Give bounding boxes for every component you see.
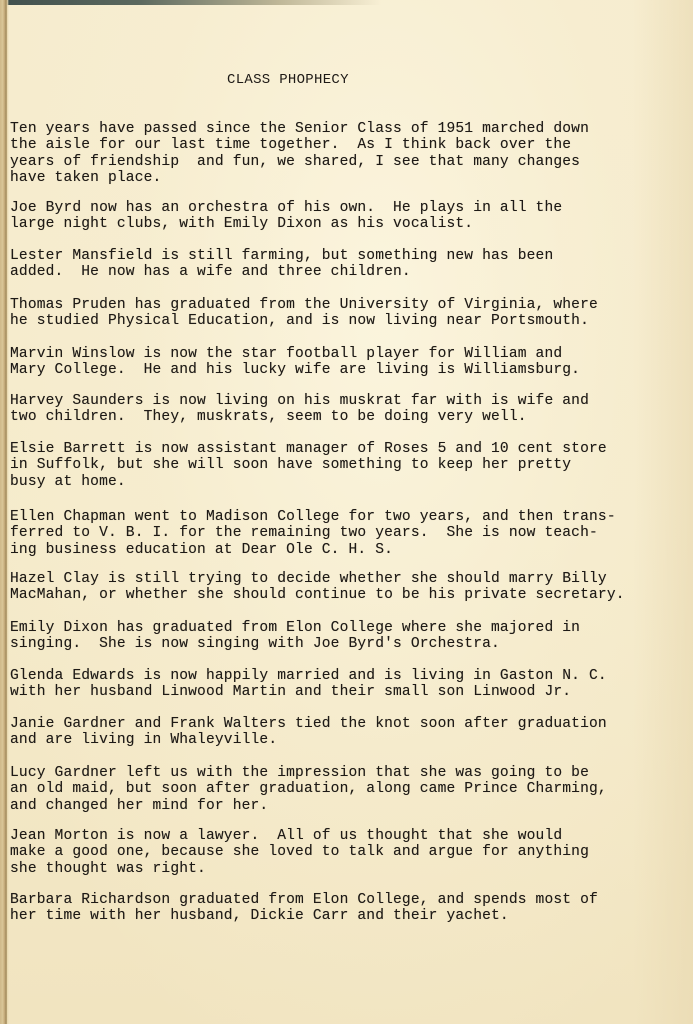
page-top-edge (0, 0, 693, 5)
scanned-page: CLASS PHOPHECY Ten years have passed sin… (0, 0, 693, 1024)
paragraph: Joe Byrd now has an orchestra of his own… (10, 200, 562, 233)
paragraph: Barbara Richardson graduated from Elon C… (10, 892, 598, 925)
page-edge-tone (633, 0, 693, 1024)
paragraph: Hazel Clay is still trying to decide whe… (10, 571, 625, 604)
paragraph: Janie Gardner and Frank Walters tied the… (10, 716, 607, 749)
binding-line (5, 0, 7, 1024)
paragraph: Jean Morton is now a lawyer. All of us t… (10, 828, 589, 877)
paragraph: Lucy Gardner left us with the impression… (10, 765, 607, 814)
paragraph: Glenda Edwards is now happily married an… (10, 668, 607, 701)
paragraph: Ellen Chapman went to Madison College fo… (10, 509, 616, 558)
paragraph: Lester Mansfield is still farming, but s… (10, 248, 553, 281)
paragraph: Emily Dixon has graduated from Elon Coll… (10, 620, 580, 653)
paragraph: Elsie Barrett is now assistant manager o… (10, 441, 607, 490)
paragraph: Ten years have passed since the Senior C… (10, 121, 589, 186)
paragraph: Harvey Saunders is now living on his mus… (10, 393, 589, 426)
paragraph: Marvin Winslow is now the star football … (10, 346, 580, 379)
paragraph: Thomas Pruden has graduated from the Uni… (10, 297, 598, 330)
page-title: CLASS PHOPHECY (227, 72, 349, 88)
